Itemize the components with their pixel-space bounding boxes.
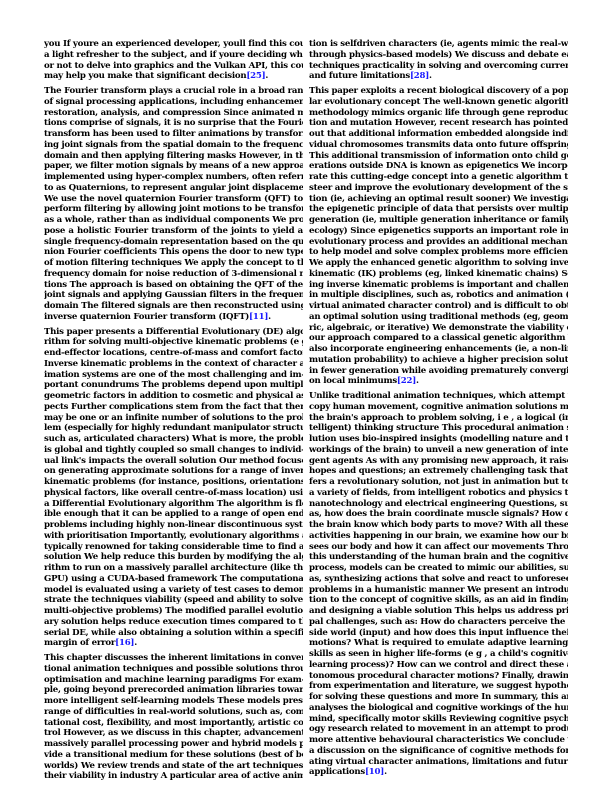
- text-line: our approach compared to a classical gen…: [309, 333, 568, 344]
- text-line: This chapter discusses the inherent limi…: [44, 653, 303, 664]
- line-text: multi-objective problems) The modified p…: [44, 606, 303, 616]
- text-line: or not to delve into graphics and the Vu…: [44, 61, 303, 72]
- line-text: tional animation techniques and possible…: [44, 664, 303, 674]
- line-text: mind, specifically motor skills Reviewin…: [309, 714, 568, 724]
- line-text: with prioritisation Importantly, evoluti…: [44, 531, 303, 541]
- line-tail: .: [429, 71, 432, 81]
- text-line: workings of the brain) to unveil a new g…: [309, 445, 568, 456]
- text-line: tions comprise of signals, it is no surp…: [44, 118, 303, 129]
- line-text: mutation probability) to achieve a highe…: [309, 355, 568, 365]
- text-line: hopes and questions; an extremely challe…: [309, 466, 568, 477]
- line-text: to help model and solve complex problems…: [309, 247, 568, 257]
- text-line: is global and tightly coupled so small c…: [44, 445, 303, 456]
- text-line: erations outside DNA is known as epigene…: [309, 161, 568, 172]
- text-line: generation (ie, multiple generation inhe…: [309, 215, 568, 226]
- line-text: This paper exploits a recent biological …: [309, 86, 568, 96]
- text-line: analyses the biological and cognitive wo…: [309, 703, 568, 714]
- text-line: tion (ie, achieving an optimal result so…: [309, 194, 568, 205]
- paragraph: The Fourier transform plays a crucial ro…: [44, 86, 303, 323]
- text-line: end-effector locations, centre-of-mass a…: [44, 348, 303, 359]
- line-text: ric, algebraic, or iterative) We demonst…: [309, 323, 568, 333]
- text-line: rate this cutting-edge concept into a ge…: [309, 172, 568, 183]
- line-text: ible enough that it can be applied to a …: [44, 509, 303, 519]
- line-text: to as Quaternions, to represent angular …: [44, 183, 303, 193]
- line-text: tonomous procedural character motions? F…: [309, 671, 568, 681]
- text-line: ogy research related to movement in an a…: [309, 724, 568, 735]
- line-text: sees our body and how it can affect our …: [309, 542, 568, 552]
- text-line: perform filtering by allowing joint moti…: [44, 204, 303, 215]
- line-text: tions The approach is based on obtaining…: [44, 280, 303, 290]
- text-line: problems in a humanistic manner We prese…: [309, 585, 568, 596]
- right-column: tion is selfdriven characters (ie, agent…: [309, 39, 568, 782]
- line-text: margin of error: [44, 638, 115, 648]
- line-text: GPU) using a CUDA-based framework The co…: [44, 574, 303, 584]
- line-text: domain The filtered signals are then rec…: [44, 301, 303, 311]
- line-text: the brain know which body parts to move?…: [309, 520, 568, 530]
- text-line: The Fourier transform plays a crucial ro…: [44, 86, 303, 97]
- text-line: implemented using hyper-complex numbers,…: [44, 172, 303, 183]
- text-line: kinematic problems (for instance, positi…: [44, 477, 303, 488]
- line-text: telligent) thinking structure This proce…: [309, 423, 568, 433]
- line-text: more attentive behavioural characteristi…: [309, 735, 568, 745]
- line-text: learning process)? How can we control an…: [309, 660, 568, 670]
- text-line: problems including highly non-linear dis…: [44, 520, 303, 531]
- line-text: portant conundrums The problems depend u…: [44, 380, 303, 390]
- text-line: ating virtual character animations, limi…: [309, 757, 568, 768]
- text-line: model is evaluated using a variety of te…: [44, 585, 303, 596]
- text-line: This additional transmission of informat…: [309, 151, 568, 162]
- text-line: of motion filtering techniques We apply …: [44, 258, 303, 269]
- text-line: copy human movement, cognitive animation…: [309, 402, 568, 413]
- line-text: rate this cutting-edge concept into a ge…: [309, 172, 568, 182]
- text-line: single frequency-domain representation b…: [44, 237, 303, 248]
- text-line: to as Quaternions, to represent angular …: [44, 183, 303, 194]
- text-line: methodology mimics organic life through …: [309, 108, 568, 119]
- text-line: sees our body and how it can affect our …: [309, 542, 568, 553]
- line-text: more intelligent self-learning models Th…: [44, 696, 303, 706]
- line-text: range of difficulties in real-world solu…: [44, 707, 303, 717]
- line-text: We use the novel quaternion Fourier tran…: [44, 194, 303, 204]
- text-line: rithm for solving multi-objective kinema…: [44, 337, 303, 348]
- line-text: may be one or an infinite number of solu…: [44, 413, 303, 423]
- text-line: typically renowned for taking considerab…: [44, 542, 303, 553]
- line-text: analyses the biological and cognitive wo…: [309, 703, 568, 713]
- text-line: ecology) Since epigenetics supports an i…: [309, 226, 568, 237]
- line-text: This chapter discusses the inherent limi…: [44, 653, 303, 663]
- text-line: evolutionary process and provides an add…: [309, 237, 568, 248]
- line-text: lar evolutionary concept The well-known …: [309, 97, 568, 107]
- line-text: optimisation and machine learning paradi…: [44, 675, 303, 685]
- line-text: out that additional information embedded…: [309, 129, 568, 139]
- text-line: strate the techniques viability (speed a…: [44, 595, 303, 606]
- line-text: side world (input) and how does this inp…: [309, 628, 568, 638]
- line-text: workings of the brain) to unveil a new g…: [309, 445, 568, 455]
- line-text: rithm to run on a massively parallel arc…: [44, 563, 303, 573]
- text-line: a discussion on the significance of cogn…: [309, 746, 568, 757]
- text-line: techniques practicality in solving and o…: [309, 61, 568, 72]
- text-line: multi-objective problems) The modified p…: [44, 606, 303, 617]
- text-line: worlds) We review trends and state of th…: [44, 761, 303, 772]
- text-line: side world (input) and how does this inp…: [309, 628, 568, 639]
- text-line: such as, articulated characters) What is…: [44, 434, 303, 445]
- line-text: vide a transitional medium for these sol…: [44, 750, 303, 760]
- line-text: may help you make that significant decis…: [44, 71, 246, 81]
- text-line: inverse quaternion Fourier transform (IQ…: [44, 312, 303, 323]
- paper-page: you If youre an experienced developer, y…: [0, 0, 612, 792]
- text-line: Unlike traditional animation techniques,…: [309, 391, 568, 402]
- text-line: motions? What is required to emulate ada…: [309, 638, 568, 649]
- text-line: trol However, as we discuss in this chap…: [44, 728, 303, 739]
- text-line: their viability in industry A particular…: [44, 771, 303, 782]
- text-line: ual link's impacts the overall solution …: [44, 456, 303, 467]
- line-text: single frequency-domain representation b…: [44, 237, 303, 247]
- text-line: physical factors, like overall centre-of…: [44, 488, 303, 499]
- line-text: problems including highly non-linear dis…: [44, 520, 303, 530]
- text-line: may be one or an infinite number of solu…: [44, 413, 303, 424]
- text-line: more intelligent self-learning models Th…: [44, 696, 303, 707]
- text-line: ing inverse kinematic problems is import…: [309, 280, 568, 291]
- line-text: of signal processing applications, inclu…: [44, 97, 303, 107]
- text-line: the epigenetic principle of data that pe…: [309, 204, 568, 215]
- text-line: tational cost, flexibility, and most imp…: [44, 718, 303, 729]
- text-line: portant conundrums The problems depend u…: [44, 380, 303, 391]
- text-line: nion Fourier coefficients This opens the…: [44, 247, 303, 258]
- citation-link[interactable]: [11]: [249, 312, 268, 322]
- line-tail: .: [265, 71, 268, 81]
- text-line: pal challenges, such as: How do characte…: [309, 617, 568, 628]
- line-text: restoration, analysis, and compression S…: [44, 108, 303, 118]
- text-line: a light refresher to the subject, and if…: [44, 50, 303, 61]
- text-line: lem (especially for highly redundant man…: [44, 423, 303, 434]
- text-line: to help model and solve complex problems…: [309, 247, 568, 258]
- line-text: pose a holistic Fourier transform of the…: [44, 226, 303, 236]
- line-text: and designing a viable solution This hel…: [309, 606, 568, 616]
- line-text: on generating approximate solutions for …: [44, 466, 303, 476]
- line-text: in fewer generation while avoiding prema…: [309, 366, 568, 376]
- line-text: generation (ie, multiple generation inhe…: [309, 215, 568, 225]
- text-line: rithm to run on a massively parallel arc…: [44, 563, 303, 574]
- line-text: their viability in industry A particular…: [44, 771, 303, 781]
- text-line: gent agents As with any promising new ap…: [309, 456, 568, 467]
- line-text: Inverse kinematic problems in the contex…: [44, 359, 303, 369]
- text-line: of signal processing applications, inclu…: [44, 97, 303, 108]
- line-text: ary solution helps reduce execution time…: [44, 617, 303, 627]
- text-line: through physics-based models) We discuss…: [309, 50, 568, 61]
- line-text: process, models can be created to mimic …: [309, 563, 568, 573]
- citation-link[interactable]: [16]: [115, 638, 134, 648]
- text-line: domain The filtered signals are then rec…: [44, 301, 303, 312]
- text-line: massively parallel processing power and …: [44, 739, 303, 750]
- line-text: paper, we filter motion signals by means…: [44, 161, 303, 171]
- text-line: for solving these questions and more In …: [309, 692, 568, 703]
- text-line: vide a transitional medium for these sol…: [44, 750, 303, 761]
- line-text: the brain's approach to problem solving,…: [309, 413, 568, 423]
- text-line: may help you make that significant decis…: [44, 71, 303, 82]
- line-text: through physics-based models) We discuss…: [309, 50, 568, 60]
- line-text: trol However, as we discuss in this chap…: [44, 728, 303, 738]
- citation-link[interactable]: [22]: [397, 376, 416, 386]
- paragraph: This chapter discusses the inherent limi…: [44, 653, 303, 782]
- text-line: ric, algebraic, or iterative) We demonst…: [309, 323, 568, 334]
- line-text: massively parallel processing power and …: [44, 739, 303, 749]
- line-text: you If youre an experienced developer, y…: [44, 39, 303, 49]
- text-line: in fewer generation while avoiding prema…: [309, 366, 568, 377]
- line-text: nion Fourier coefficients This opens the…: [44, 247, 303, 257]
- text-line: an optimal solution using traditional me…: [309, 312, 568, 323]
- text-line: ible enough that it can be applied to a …: [44, 509, 303, 520]
- text-line: more attentive behavioural characteristi…: [309, 735, 568, 746]
- line-text: problems in a humanistic manner We prese…: [309, 585, 568, 595]
- line-text: Unlike traditional animation techniques,…: [309, 391, 568, 401]
- text-line: skills as seen in higher life-forms (e g…: [309, 649, 568, 660]
- text-line: GPU) using a CUDA-based framework The co…: [44, 574, 303, 585]
- text-line: as, synthesizing actions that solve and …: [309, 574, 568, 585]
- text-line: and future limitations[28].: [309, 71, 568, 82]
- line-text: techniques practicality in solving and o…: [309, 61, 568, 71]
- line-text: nanotechnology and electrical engineerin…: [309, 499, 568, 509]
- line-text: perform filtering by allowing joint moti…: [44, 204, 303, 214]
- line-text: on local minimums: [309, 376, 397, 386]
- line-text: kinematic problems (for instance, positi…: [44, 477, 303, 487]
- line-text: This paper presents a Differential Evolu…: [44, 327, 303, 337]
- paragraph: tion is selfdriven characters (ie, agent…: [309, 39, 568, 82]
- text-line: in multiple disciplines, such as, roboti…: [309, 290, 568, 301]
- left-column: you If youre an experienced developer, y…: [44, 39, 303, 786]
- text-line: tonomous procedural character motions? F…: [309, 671, 568, 682]
- line-text: serial DE, while also obtaining a soluti…: [44, 628, 303, 638]
- line-text: or not to delve into graphics and the Vu…: [44, 61, 303, 71]
- text-line: tions The approach is based on obtaining…: [44, 280, 303, 291]
- line-text: ogy research related to movement in an a…: [309, 724, 568, 734]
- text-line: steer and improve the evolutionary devel…: [309, 183, 568, 194]
- text-line: and designing a viable solution This hel…: [309, 606, 568, 617]
- line-text: a Differential Evolutionary algorithm Th…: [44, 499, 303, 509]
- text-line: tion is selfdriven characters (ie, agent…: [309, 39, 568, 50]
- text-line: transform has been used to filter animat…: [44, 129, 303, 140]
- line-tail: .: [416, 376, 419, 386]
- text-line: solution We help reduce this burden by m…: [44, 552, 303, 563]
- line-text: vidual chromosomes transmits data onto f…: [309, 140, 568, 150]
- line-text: a light refresher to the subject, and if…: [44, 50, 303, 60]
- line-text: frequency domain for noise reduction of …: [44, 269, 303, 279]
- text-line: activities happening in our brain, we ex…: [309, 531, 568, 542]
- line-text: for solving these questions and more In …: [309, 692, 568, 702]
- line-text: inverse quaternion Fourier transform (IQ…: [44, 312, 249, 322]
- line-text: transform has been used to filter animat…: [44, 129, 303, 139]
- line-text: model is evaluated using a variety of te…: [44, 585, 303, 595]
- line-text: ing joint signals from the spatial domai…: [44, 140, 303, 150]
- text-line: this understanding of the human brain an…: [309, 552, 568, 563]
- line-text: ating virtual character animations, limi…: [309, 757, 568, 767]
- line-text: The Fourier transform plays a crucial ro…: [44, 86, 303, 96]
- text-line: kinematic (IK) problems (eg, linked kine…: [309, 269, 568, 280]
- text-line: nanotechnology and electrical engineerin…: [309, 499, 568, 510]
- text-line: This paper presents a Differential Evolu…: [44, 327, 303, 338]
- line-text: typically renowned for taking considerab…: [44, 542, 303, 552]
- text-line: learning process)? How can we control an…: [309, 660, 568, 671]
- line-text: hopes and questions; an extremely challe…: [309, 466, 568, 476]
- text-line: applications[10].: [309, 767, 568, 778]
- text-line: also incorporate engineering enhancement…: [309, 344, 568, 355]
- line-text: tion and mutation However, recent resear…: [309, 118, 568, 128]
- text-line: paper, we filter motion signals by means…: [44, 161, 303, 172]
- line-text: our approach compared to a classical gen…: [309, 333, 568, 343]
- text-line: range of difficulties in real-world solu…: [44, 707, 303, 718]
- citation-link[interactable]: [28]: [410, 71, 429, 81]
- line-text: tational cost, flexibility, and most imp…: [44, 718, 303, 728]
- line-text: motions? What is required to emulate ada…: [309, 638, 568, 648]
- line-text: this understanding of the human brain an…: [309, 552, 568, 562]
- text-line: domain and then applying filtering masks…: [44, 151, 303, 162]
- line-text: an optimal solution using traditional me…: [309, 312, 568, 322]
- line-text: a variety of fields, from intelligent ro…: [309, 488, 568, 498]
- line-text: strate the techniques viability (speed a…: [44, 595, 303, 605]
- line-text: imation systems are one of the most chal…: [44, 370, 303, 380]
- line-text: fers a revolutionary solution, not just …: [309, 477, 568, 487]
- text-line: tion and mutation However, recent resear…: [309, 118, 568, 129]
- line-text: a discussion on the significance of cogn…: [309, 746, 568, 756]
- line-text: as, how does the brain coordinate muscle…: [309, 509, 568, 519]
- line-text: tion to the concept of cognitive skills,…: [309, 595, 568, 605]
- line-text: from experimentation and literature, we …: [309, 681, 568, 691]
- line-text: copy human movement, cognitive animation…: [309, 402, 568, 412]
- text-line: mutation probability) to achieve a highe…: [309, 355, 568, 366]
- text-line: out that additional information embedded…: [309, 129, 568, 140]
- line-text: joint signals and applying Gaussian filt…: [44, 290, 303, 300]
- line-text: such as, articulated characters) What is…: [44, 434, 303, 444]
- text-line: joint signals and applying Gaussian filt…: [44, 290, 303, 301]
- line-text: lution uses bio-inspired insights (model…: [309, 434, 568, 444]
- text-line: a Differential Evolutionary algorithm Th…: [44, 499, 303, 510]
- line-text: steer and improve the evolutionary devel…: [309, 183, 568, 193]
- text-line: pects Further complications stem from th…: [44, 402, 303, 413]
- line-text: tion (ie, achieving an optimal result so…: [309, 194, 568, 204]
- paragraph: Unlike traditional animation techniques,…: [309, 391, 568, 778]
- text-line: tion to the concept of cognitive skills,…: [309, 595, 568, 606]
- line-text: in multiple disciplines, such as, roboti…: [309, 290, 568, 300]
- line-text: physical factors, like overall centre-of…: [44, 488, 303, 498]
- line-text: ual link's impacts the overall solution …: [44, 456, 303, 466]
- text-line: vidual chromosomes transmits data onto f…: [309, 140, 568, 151]
- line-text: and future limitations: [309, 71, 410, 81]
- text-line: We apply the enhanced genetic algorithm …: [309, 258, 568, 269]
- text-line: imation systems are one of the most chal…: [44, 370, 303, 381]
- line-text: methodology mimics organic life through …: [309, 108, 568, 118]
- citation-link[interactable]: [10]: [365, 767, 384, 777]
- text-line: the brain's approach to problem solving,…: [309, 413, 568, 424]
- line-text: pects Further complications stem from th…: [44, 402, 303, 412]
- text-line: ple, going beyond prerecorded animation …: [44, 685, 303, 696]
- text-line: fers a revolutionary solution, not just …: [309, 477, 568, 488]
- text-line: lution uses bio-inspired insights (model…: [309, 434, 568, 445]
- text-line: ing joint signals from the spatial domai…: [44, 140, 303, 151]
- line-text: rithm for solving multi-objective kinema…: [44, 337, 303, 347]
- text-line: pose a holistic Fourier transform of the…: [44, 226, 303, 237]
- line-text: also incorporate engineering enhancement…: [309, 344, 568, 354]
- line-text: ecology) Since epigenetics supports an i…: [309, 226, 568, 236]
- citation-link[interactable]: [25]: [246, 71, 265, 81]
- text-line: mind, specifically motor skills Reviewin…: [309, 714, 568, 725]
- text-line: tional animation techniques and possible…: [44, 664, 303, 675]
- line-text: gent agents As with any promising new ap…: [309, 456, 568, 466]
- text-line: We use the novel quaternion Fourier tran…: [44, 194, 303, 205]
- line-text: is global and tightly coupled so small c…: [44, 445, 303, 455]
- line-text: solution We help reduce this burden by m…: [44, 552, 303, 562]
- line-text: worlds) We review trends and state of th…: [44, 761, 303, 771]
- text-line: a variety of fields, from intelligent ro…: [309, 488, 568, 499]
- text-line: from experimentation and literature, we …: [309, 681, 568, 692]
- line-text: tions comprise of signals, it is no surp…: [44, 118, 303, 128]
- text-line: on generating approximate solutions for …: [44, 466, 303, 477]
- paragraph: you If youre an experienced developer, y…: [44, 39, 303, 82]
- line-text: of motion filtering techniques We apply …: [44, 258, 303, 268]
- text-line: geometric factors in addition to cosmeti…: [44, 391, 303, 402]
- text-line: serial DE, while also obtaining a soluti…: [44, 628, 303, 639]
- line-text: pal challenges, such as: How do characte…: [309, 617, 568, 627]
- line-text: skills as seen in higher life-forms (e g…: [309, 649, 568, 659]
- text-line: as a whole, rather than as individual co…: [44, 215, 303, 226]
- line-text: applications: [309, 767, 365, 777]
- line-text: We apply the enhanced genetic algorithm …: [309, 258, 568, 268]
- line-text: lem (especially for highly redundant man…: [44, 423, 303, 433]
- line-text: ple, going beyond prerecorded animation …: [44, 685, 303, 695]
- text-line: as, how does the brain coordinate muscle…: [309, 509, 568, 520]
- line-text: as a whole, rather than as individual co…: [44, 215, 303, 225]
- text-line: margin of error[16].: [44, 638, 303, 649]
- text-line: you If youre an experienced developer, y…: [44, 39, 303, 50]
- line-text: geometric factors in addition to cosmeti…: [44, 391, 303, 401]
- line-text: the epigenetic principle of data that pe…: [309, 204, 568, 214]
- line-tail: .: [384, 767, 387, 777]
- line-text: implemented using hyper-complex numbers,…: [44, 172, 303, 182]
- text-line: virtual animated character control) and …: [309, 301, 568, 312]
- text-line: with prioritisation Importantly, evoluti…: [44, 531, 303, 542]
- text-line: frequency domain for noise reduction of …: [44, 269, 303, 280]
- line-text: evolutionary process and provides an add…: [309, 237, 568, 247]
- line-text: as, synthesizing actions that solve and …: [309, 574, 568, 584]
- text-line: on local minimums[22].: [309, 376, 568, 387]
- paragraph: This paper exploits a recent biological …: [309, 86, 568, 387]
- text-line: Inverse kinematic problems in the contex…: [44, 359, 303, 370]
- text-line: restoration, analysis, and compression S…: [44, 108, 303, 119]
- text-line: This paper exploits a recent biological …: [309, 86, 568, 97]
- line-text: end-effector locations, centre-of-mass a…: [44, 348, 303, 358]
- text-line: ary solution helps reduce execution time…: [44, 617, 303, 628]
- line-text: This additional transmission of informat…: [309, 151, 568, 161]
- line-text: ing inverse kinematic problems is import…: [309, 280, 568, 290]
- line-tail: .: [134, 638, 137, 648]
- line-text: erations outside DNA is known as epigene…: [309, 161, 568, 171]
- line-text: activities happening in our brain, we ex…: [309, 531, 568, 541]
- text-line: process, models can be created to mimic …: [309, 563, 568, 574]
- line-text: tion is selfdriven characters (ie, agent…: [309, 39, 568, 49]
- line-text: domain and then applying filtering masks…: [44, 151, 303, 161]
- text-line: the brain know which body parts to move?…: [309, 520, 568, 531]
- text-line: telligent) thinking structure This proce…: [309, 423, 568, 434]
- line-text: virtual animated character control) and …: [309, 301, 568, 311]
- text-line: lar evolutionary concept The well-known …: [309, 97, 568, 108]
- text-line: optimisation and machine learning paradi…: [44, 675, 303, 686]
- line-tail: .: [268, 312, 271, 322]
- paragraph: This paper presents a Differential Evolu…: [44, 327, 303, 650]
- line-text: kinematic (IK) problems (eg, linked kine…: [309, 269, 568, 279]
